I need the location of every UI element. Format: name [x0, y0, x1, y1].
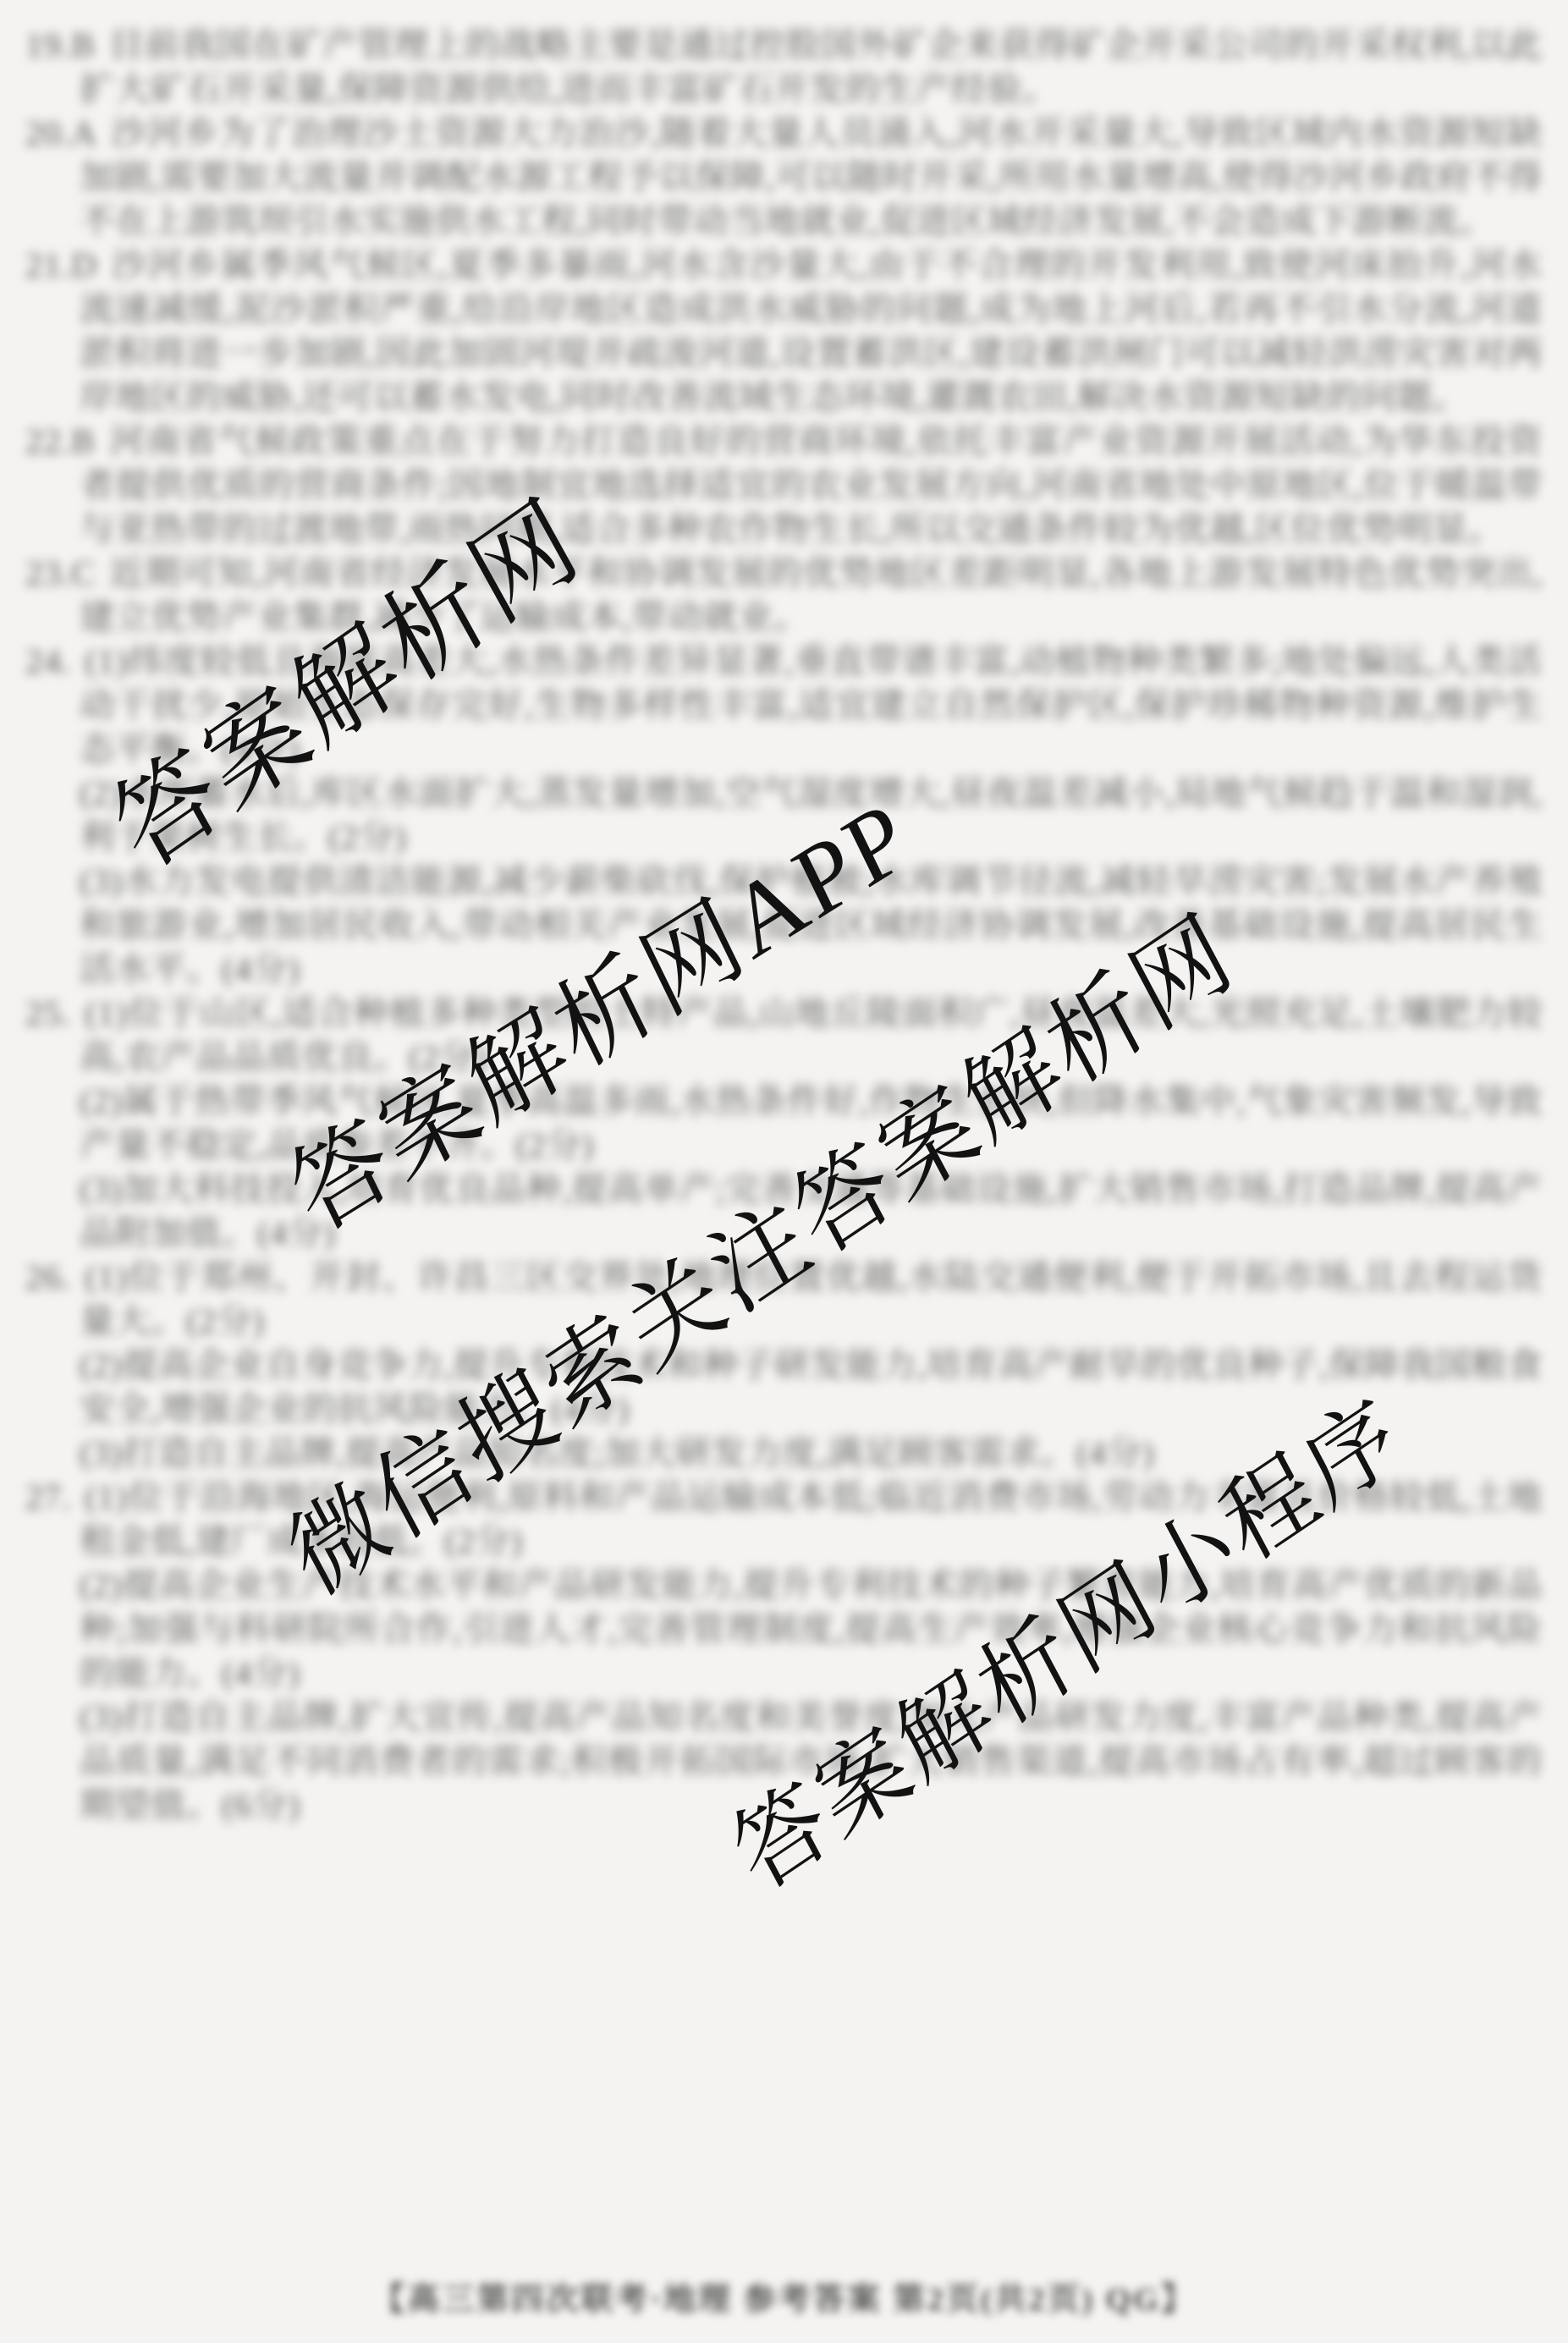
item-number: 21.D: [25, 245, 97, 284]
answer-list: 19.B目前我国在矿产管理上的战略主要是通过控股国外矿企来获得矿企开采公司的开采…: [25, 23, 1543, 1827]
answer-paragraph: 26.(1)位于郑州、开封、许昌三区交界处,地理位置优越,水陆交通便利,便于开拓…: [25, 1255, 1543, 1343]
answer-paragraph: 27.(1)位于沿海地区,海运便利,原料和产品运输成本低;临近消费市场,劳动力丰…: [25, 1475, 1543, 1563]
page-footer: 【高三第四次联考·地理 参考答案 第2页(共2页) QG】: [372, 2273, 1196, 2319]
answer-paragraph: (3)水力发电提供清洁能源,减少薪柴砍伐,保护植被;水库调节径流,减轻旱涝灾害;…: [25, 859, 1543, 991]
answer-item: 20.A沙河乡为了治理沙土资源大力治沙,随着大量人员涌入,河水开采量大,导致区域…: [25, 111, 1543, 243]
answer-item: 26.(1)位于郑州、开封、许昌三区交界处,地理位置优越,水陆交通便利,便于开拓…: [25, 1255, 1543, 1475]
item-number: 26.: [25, 1257, 71, 1296]
item-number: 25.: [25, 993, 71, 1032]
item-number: 22.B: [25, 421, 96, 460]
item-number: 24.: [25, 641, 71, 680]
answer-paragraph: 25.(1)位于山区,适合种植多种类型的土特产品,山地丘陵面积广,昼夜温差大,光…: [25, 991, 1543, 1079]
answer-paragraph: (3)加大科技投入,培育优良品种,提高单产;完善交通等基础设施,扩大销售市场,打…: [25, 1167, 1543, 1255]
answer-paragraph: (2)提高企业自身竞争力,提升专利技术和种子研发能力,培育高产耐旱的优良种子,保…: [25, 1343, 1543, 1431]
answer-paragraph: 21.D沙河乡属季风气候区,夏季多暴雨,河水含沙量大,由于不合理的开发利用,致使…: [25, 243, 1543, 419]
answer-item: 22.B河南省气候政策重点在于努力打造良好的营商环境,依托丰富产业资源开展活动,…: [25, 419, 1543, 551]
answer-item: 19.B目前我国在矿产管理上的战略主要是通过控股国外矿企来获得矿企开采公司的开采…: [25, 23, 1543, 111]
answer-item: 25.(1)位于山区,适合种植多种类型的土特产品,山地丘陵面积广,昼夜温差大,光…: [25, 991, 1543, 1255]
answer-paragraph: (2)提高企业生产技术水平和产品研发能力,提升专利技术的种子繁育能力,培育高产优…: [25, 1563, 1543, 1695]
answer-paragraph: (3)打造自主品牌,提高产品知名度;加大研发力度,满足顾客需求。(4分): [25, 1431, 1543, 1475]
answer-paragraph: 19.B目前我国在矿产管理上的战略主要是通过控股国外矿企来获得矿企开采公司的开采…: [25, 23, 1543, 111]
item-number: 20.A: [25, 113, 97, 152]
item-number: 27.: [25, 1477, 71, 1516]
scanned-exam-answer-page: 19.B目前我国在矿产管理上的战略主要是通过控股国外矿企来获得矿企开采公司的开采…: [0, 0, 1568, 2343]
item-number: 23.C: [25, 553, 96, 592]
answer-item: 27.(1)位于沿海地区,海运便利,原料和产品运输成本低;临近消费市场,劳动力丰…: [25, 1475, 1543, 1827]
answer-item: 23.C近期可知,河南省经济发展水平和协调发展的优势地区差距明显,各地上游发展特…: [25, 551, 1543, 639]
answer-paragraph: (3)打造自主品牌,扩大宣传,提高产品知名度和美誉度;加大产品研发力度,丰富产品…: [25, 1695, 1543, 1827]
answer-paragraph: 22.B河南省气候政策重点在于努力打造良好的营商环境,依托丰富产业资源开展活动,…: [25, 419, 1543, 551]
answer-item: 21.D沙河乡属季风气候区,夏季多暴雨,河水含沙量大,由于不合理的开发利用,致使…: [25, 243, 1543, 419]
answer-paragraph: 24.(1)纬度较低且海拔高差大,水热条件差异显著,垂直带谱丰富,动植物种类繁多…: [25, 639, 1543, 771]
answer-item: 24.(1)纬度较低且海拔高差大,水热条件差异显著,垂直带谱丰富,动植物种类繁多…: [25, 639, 1543, 991]
answer-paragraph: (2)属于热带季风气候区,夏季高温多雨,水热条件好,作物生长快,但降水集中,气象…: [25, 1079, 1543, 1167]
answer-paragraph: 23.C近期可知,河南省经济发展水平和协调发展的优势地区差距明显,各地上游发展特…: [25, 551, 1543, 639]
answer-paragraph: (2)水库蓄水后,库区水面扩大,蒸发量增加,空气湿度增大,昼夜温差减小,局地气候…: [25, 771, 1543, 859]
item-number: 19.B: [25, 25, 96, 64]
answer-paragraph: 20.A沙河乡为了治理沙土资源大力治沙,随着大量人员涌入,河水开采量大,导致区域…: [25, 111, 1543, 243]
